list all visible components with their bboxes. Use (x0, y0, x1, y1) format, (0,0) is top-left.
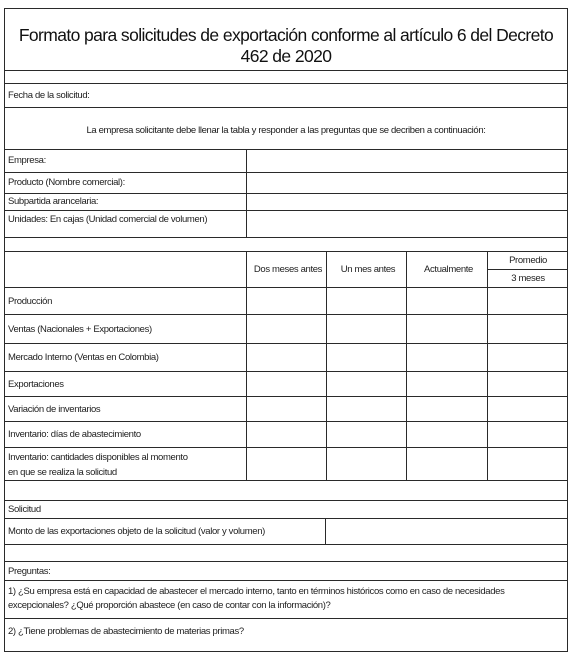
question-2: 2) ¿Tiene problemas de abastecimiento de… (8, 625, 563, 639)
table-cell-input[interactable] (328, 372, 406, 396)
table-row-label: Inventario: cantidades disponibles al mo… (8, 450, 198, 480)
table-cell-input[interactable] (328, 344, 406, 371)
spacer-row-4 (5, 545, 567, 562)
unidades-label: Unidades: En cajas (Unidad comercial de … (8, 214, 207, 225)
title-row: Formato para solicitudes de exportación … (5, 9, 567, 71)
table-row-label: Inventario: días de abastecimiento (8, 429, 141, 440)
company-field-producto: Producto (Nombre comercial): (5, 173, 567, 194)
table-cell-input[interactable] (328, 448, 406, 480)
table-row: Variación de inventarios (5, 397, 567, 422)
col-header-3-meses: 3 meses (489, 273, 567, 284)
table-cell-input[interactable] (248, 448, 326, 480)
table-cell-input[interactable] (489, 372, 567, 396)
table-cell-input[interactable] (328, 315, 406, 343)
col-header-actualmente: Actualmente (408, 264, 489, 275)
fecha-label: Fecha de la solicitud: (8, 90, 90, 101)
table-col-line-2 (326, 252, 327, 481)
question-1-row[interactable]: 1) ¿Su empresa está en capacidad de abas… (5, 581, 567, 619)
preguntas-heading: Preguntas: (8, 566, 50, 577)
table-cell-input[interactable] (408, 288, 486, 314)
company-field-empresa: Empresa: (5, 150, 567, 173)
table-row: Inventario: días de abastecimiento (5, 422, 567, 448)
question-1: 1) ¿Su empresa está en capacidad de abas… (8, 585, 563, 613)
solicitud-heading-row: Solicitud (5, 501, 567, 519)
spacer-row (5, 71, 567, 84)
spacer-row-2 (5, 238, 567, 252)
company-divider (246, 150, 247, 238)
table-cell-input[interactable] (248, 397, 326, 421)
table-cell-input[interactable] (489, 344, 567, 371)
table-col-line-4 (487, 252, 488, 481)
empresa-label: Empresa: (8, 155, 46, 166)
table-col-line-1 (246, 252, 247, 481)
table-cell-input[interactable] (489, 422, 567, 447)
unidades-input[interactable] (248, 211, 567, 237)
table-cell-input[interactable] (408, 372, 486, 396)
table-row-label: Exportaciones (8, 379, 64, 390)
table-row: Ventas (Nacionales + Exportaciones) (5, 315, 567, 344)
spacer-row-3 (5, 481, 567, 501)
table-col-line-3 (406, 252, 407, 481)
monto-row: Monto de las exportaciones objeto de la … (5, 519, 567, 545)
table-cell-input[interactable] (328, 288, 406, 314)
promedio-divider (488, 269, 567, 270)
col-header-un-mes: Un mes antes (328, 264, 408, 275)
export-request-form: Formato para solicitudes de exportación … (4, 8, 568, 652)
company-field-unidades: Unidades: En cajas (Unidad comercial de … (5, 211, 567, 238)
col-header-dos-meses: Dos meses antes (248, 264, 328, 275)
producto-input[interactable] (248, 173, 567, 193)
empresa-input[interactable] (248, 150, 567, 172)
col-header-promedio: Promedio (489, 255, 567, 266)
table-cell-input[interactable] (248, 315, 326, 343)
table-cell-input[interactable] (408, 422, 486, 447)
table-cell-input[interactable] (489, 315, 567, 343)
table-row-label: Mercado Interno (Ventas en Colombia) (8, 352, 159, 363)
preguntas-heading-row: Preguntas: (5, 562, 567, 581)
form-title: Formato para solicitudes de exportación … (5, 25, 567, 67)
table-cell-input[interactable] (248, 422, 326, 447)
table-header-row: Dos meses antes Un mes antes Actualmente… (5, 252, 567, 288)
table-row-label: Producción (8, 296, 52, 307)
table-cell-input[interactable] (248, 288, 326, 314)
table-cell-input[interactable] (408, 344, 486, 371)
table-cell-input[interactable] (408, 397, 486, 421)
subpartida-label: Subpartida arancelaria: (8, 196, 98, 207)
monto-label: Monto de las exportaciones objeto de la … (8, 526, 265, 537)
question-2-row[interactable]: 2) ¿Tiene problemas de abastecimiento de… (5, 619, 567, 650)
monto-divider (325, 519, 326, 545)
monto-input[interactable] (327, 519, 567, 544)
table-cell-input[interactable] (248, 372, 326, 396)
fecha-row[interactable]: Fecha de la solicitud: (5, 84, 567, 108)
subpartida-input[interactable] (248, 194, 567, 210)
table-cell-input[interactable] (248, 344, 326, 371)
instructions-text: La empresa solicitante debe llenar la ta… (5, 125, 567, 136)
table-row: Exportaciones (5, 372, 567, 397)
table-row-label: Variación de inventarios (8, 404, 100, 415)
table-cell-input[interactable] (489, 288, 567, 314)
table-cell-input[interactable] (489, 397, 567, 421)
table-cell-input[interactable] (408, 315, 486, 343)
table-cell-input[interactable] (328, 422, 406, 447)
company-field-subpartida: Subpartida arancelaria: (5, 194, 567, 211)
table-cell-input[interactable] (328, 397, 406, 421)
table-cell-input[interactable] (408, 448, 486, 480)
producto-label: Producto (Nombre comercial): (8, 177, 125, 188)
instructions-row: La empresa solicitante debe llenar la ta… (5, 108, 567, 150)
table-row: Producción (5, 288, 567, 315)
table-row: Mercado Interno (Ventas en Colombia) (5, 344, 567, 372)
table-row-label: Ventas (Nacionales + Exportaciones) (8, 324, 152, 335)
table-cell-input[interactable] (489, 448, 567, 480)
solicitud-heading: Solicitud (8, 504, 41, 515)
table-row: Inventario: cantidades disponibles al mo… (5, 448, 567, 481)
